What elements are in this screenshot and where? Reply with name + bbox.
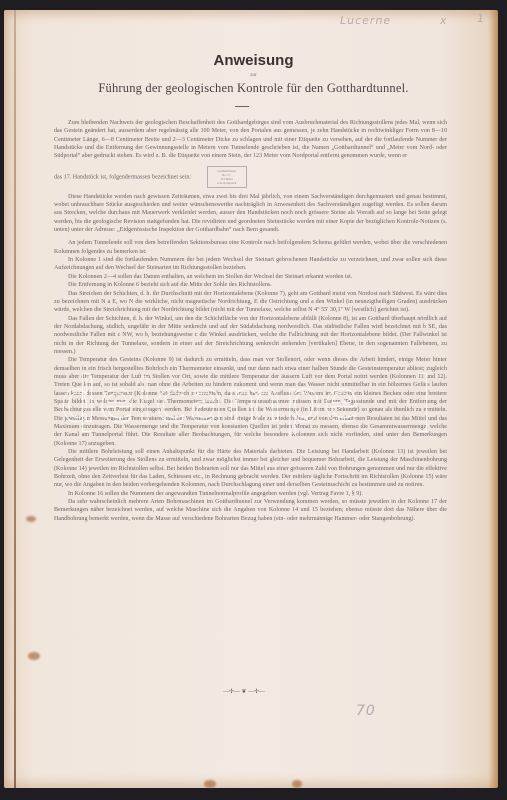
paragraph: Die Kolonnen 2—4 sollen das Datum enthal… [54, 273, 447, 281]
paragraph: Die Temperatur des Gesteins (Kolonne 9) … [54, 356, 447, 448]
binding-edge [14, 10, 16, 788]
paragraph: In Kolonne 1 sind die fortlaufenden Numm… [54, 256, 447, 273]
paragraph: In Kolonne 16 sollen die Nummern der ang… [54, 490, 447, 498]
foxing-stain [204, 780, 216, 788]
end-ornament: —✢— ❦ —✢— [206, 689, 282, 695]
stamp-line: vom Nordportal [217, 181, 236, 185]
title-connector: zur [0, 73, 507, 78]
watermark-bracket [418, 373, 427, 432]
paragraph-text: das 17. Handstück ist, folgendermassen b… [54, 174, 191, 180]
foxing-stain [28, 652, 40, 660]
paragraph: Diese Handstücke werden nach gewissen Ze… [54, 193, 447, 235]
foxing-stain [26, 516, 36, 522]
document-title: Anweisung [0, 52, 507, 69]
paragraph: An jedem Tunnelende soll von dem betreff… [54, 239, 447, 256]
paragraph: Zum bleibenden Nachweis der geologischen… [54, 119, 447, 161]
watermark-bracket [82, 373, 91, 432]
foxing-stain [292, 780, 302, 788]
paragraph: Das Fallen der Schichten, d. h. der Wink… [54, 315, 447, 357]
title-divider [235, 106, 249, 107]
pencil-note: x [440, 14, 448, 27]
document-subtitle: Führung der geologischen Kontrole für de… [0, 81, 507, 96]
paragraph: Das Streichen der Schichten, d. h. ihr D… [54, 290, 447, 315]
pencil-note: 1 [477, 12, 485, 25]
pencil-note: 70 [356, 703, 376, 719]
paragraph-with-stamp: das 17. Handstück ist, folgendermassen b… [54, 166, 447, 188]
pencil-note: Lucerne [340, 14, 391, 27]
paragraph: Die mittlere Bohrleistung soll einen Anh… [54, 448, 447, 490]
document-body: Zum bleibenden Nachweis der geologischen… [54, 119, 447, 523]
sample-label-stamp: Gotthardtunnel No. 17. 123 Meter vom Nor… [207, 166, 247, 188]
paragraph: Die Entfernung in Kolonne 6 bezieht sich… [54, 281, 447, 289]
paragraph: Da sehr wahrscheinlich mehrere Arten Boh… [54, 498, 447, 523]
